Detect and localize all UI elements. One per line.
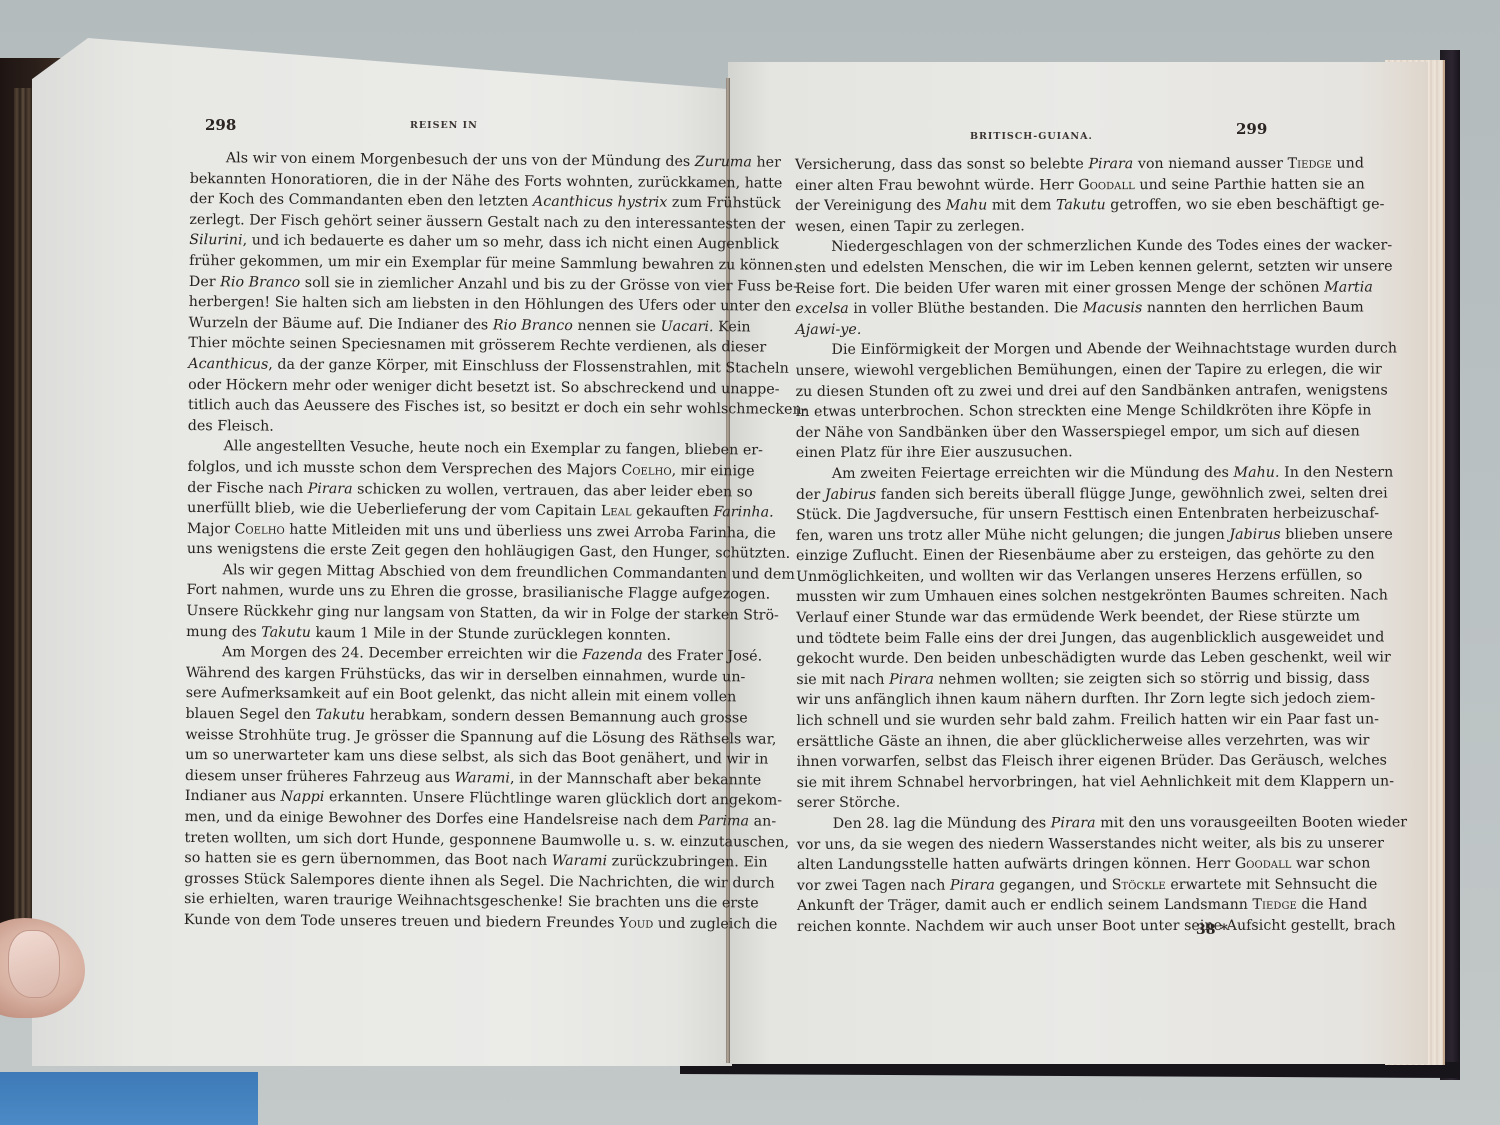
thumbnail [8,930,60,998]
left-page-number: 298 [205,116,236,134]
italic-term: Mahu [946,198,988,214]
text-run: her [752,154,781,170]
text-line: excelsa in voller Blüthe bestanden. Die … [795,298,1292,320]
text-line: zu diesen Stunden oft zu zwei und drei a… [796,380,1293,402]
text-run: in etwas unterbrochen. Schon streckten e… [796,403,1372,421]
proper-name: Leal [601,503,632,519]
text-run: Als wir von einem Morgenbesuch der uns v… [226,150,695,170]
text-line: Reise fort. Die beiden Ufer waren mit ei… [795,277,1292,299]
text-run: nehmen wollten; sie zeigten sich so stör… [934,670,1370,687]
italic-term: Rio Branco [493,317,573,334]
italic-term: Uacari. [661,318,714,334]
text-run: Kein [714,319,751,335]
text-run: men, und da einige Bewohner des Dorfes e… [185,809,699,829]
proper-name: Tiedge [1253,897,1297,913]
text-run: der Koch des Commandanten eben den letzt… [190,191,533,210]
text-run: lich schnell und sie wurden sehr bald za… [796,712,1379,730]
text-run: Thier möchte seinen Speciesnamen mit grö… [188,335,766,356]
text-run: mit den uns vorausgeeilten Booten wieder [1096,814,1407,831]
text-run: einen Platz für ihre Eier auszusuchen. [796,445,1073,462]
text-run: die Hand [1297,897,1368,913]
text-line: gekocht wurde. Den beiden unbeschädigten… [796,648,1293,670]
left-running-head: REISEN IN [410,120,478,131]
text-run: soll sie in ziemlicher Anzahl und bis zu… [300,274,798,294]
text-run: Wurzeln der Bäume auf. Die Indianer des [189,315,493,333]
blue-folder-tab [0,1072,258,1125]
text-run: fanden sich bereits überall flügge Junge… [876,485,1388,502]
text-run: getroffen, wo sie eben beschäftigt ge- [1106,197,1385,214]
italic-term: Pirara [950,877,995,893]
text-run: oder Höckern mehr oder weniger dicht bes… [188,377,780,398]
text-run: uns wenigstens die erste Zeit gegen den … [187,541,791,562]
italic-term: Takutu [261,624,311,640]
text-run: Stück. Die Jagdversuche, für unsern Fest… [796,506,1379,524]
text-run: Am zweiten Feiertage erreichten wir die … [832,465,1234,482]
text-line: Kunde von dem Tode unseres treuen und bi… [184,910,669,934]
italic-term: Pirara [1051,815,1096,831]
text-run: unsere, wiewohl vergeblichen Bemühungen,… [796,361,1382,379]
text-run: Major [187,521,235,537]
text-line: ihnen vorwarfen, selbst das Fleisch ihre… [797,751,1294,773]
text-run: , mir einige [672,463,755,480]
text-run: gekocht wurde. Den beiden unbeschädigten… [796,650,1391,668]
text-line: der Jabirus fanden sich bereits überall … [796,483,1293,505]
text-run: erwartete mit Sehnsucht die [1166,876,1378,893]
text-line: einzige Zuflucht. Einen der Riesenbäume … [796,545,1293,567]
italic-term: Fazenda [582,647,642,663]
text-run: von niemand ausser [1133,156,1287,172]
italic-term: Martia [1324,279,1373,295]
text-run: gegangen, und [995,877,1112,893]
text-run: sie erhielten, waren traurige Weihnachts… [184,891,759,912]
italic-term: Warami [552,853,607,869]
italic-term: Zuruma [695,154,752,170]
text-run: , da der ganze Körper, mit Einschluss de… [268,357,789,377]
text-run: zerlegt. Der Fisch gehört seiner äussern… [189,212,785,233]
text-run: ersättliche Gäste an ihnen, die aber glü… [797,732,1370,749]
italic-term: Macusis [1083,300,1143,316]
text-run: gekauften [632,504,714,521]
text-run: kaum 1 Mile in der Stunde zurücklegen ko… [311,625,671,644]
text-run: Unsere Rückkehr ging nur langsam von Sta… [186,603,779,624]
italic-term: Acanthicus [188,356,268,373]
text-run: und tödtete beim Falle eins der drei Jun… [796,629,1384,647]
proper-name: Stöckle [1112,877,1166,893]
text-line: vor zwei Tagen nach Pirara gegangen, und… [797,874,1294,896]
text-run: sie mit ihrem Schnabel hervorbringen, ha… [797,773,1394,791]
italic-term: Jabirus [1229,526,1280,542]
text-run: erkannten. Unsere Flüchtlinge waren glüc… [324,789,782,809]
text-line: einen Platz für ihre Eier auszusuchen. [796,442,1293,464]
text-run: mit dem [987,198,1056,214]
text-line: Stück. Die Jagdversuche, für unsern Fest… [796,504,1293,526]
text-line: mussten wir zum Umhauen eines solchen ne… [796,586,1293,608]
text-line: der Nähe von Sandbänken über den Wassers… [796,421,1293,443]
text-line: ersättliche Gäste an ihnen, die aber glü… [797,730,1294,752]
text-line: serer Störche. [797,792,1294,814]
text-run: In den Nestern [1280,464,1394,480]
text-run: , in der Mannschaft aber bekannte [510,770,761,788]
text-run: des Frater José. [643,648,763,665]
italic-term: Jabirus [825,486,876,502]
proper-name: Tiedge [1288,156,1332,172]
italic-term: Parima [698,813,749,829]
text-run: nennen sie [573,318,661,335]
text-run: diesem unser früheres Fahrzeug aus [185,768,455,786]
right-running-head: BRITISCH-GUIANA. [970,131,1093,142]
text-run: nannten den herrlichen Baum [1142,300,1363,317]
text-run: vor uns, da sie wegen des niedern Wasser… [797,835,1384,853]
text-line: einer alten Frau bewohnt würde. Herr Goo… [795,174,1292,196]
text-run: Fort nahmen, wurde uns zu Ehren die gros… [186,582,770,603]
text-run: Versicherung, dass das sonst so belebte [795,156,1088,173]
italic-term: Pirara [889,671,934,687]
text-line: Versicherung, dass das sonst so belebte … [795,154,1292,176]
italic-term: Silurini [189,232,242,248]
text-run: Verlauf einer Stunde war das ermüdende W… [796,609,1360,626]
text-run: des Fleisch. [188,418,274,435]
text-run: unerfüllt blieb, wie die Ueberlieferung … [187,500,601,519]
text-line: Verlauf einer Stunde war das ermüdende W… [796,607,1293,629]
text-run: war schon [1291,856,1370,872]
text-line: Den 28. lag die Mündung des Pirara mit d… [797,813,1294,835]
text-run: einer alten Frau bewohnt würde. Herr [795,177,1078,194]
text-run: reichen konnte. Nachdem wir auch unser B… [797,917,1396,935]
text-run: blauen Segel den [185,706,315,723]
text-run: Während des kargen Frühstücks, das wir i… [186,665,746,685]
italic-term: Mahu. [1233,465,1279,481]
italic-term: Farinha. [713,504,773,520]
text-run: einzige Zuflucht. Einen der Riesenbäume … [796,547,1375,565]
text-run: Der [189,274,220,290]
text-run: grosses Stück Salempores diente ihnen al… [184,871,775,892]
text-run: so hatten sie es gern übernommen, das Bo… [184,850,551,869]
text-run: der [796,486,825,502]
proper-name: Coelho [234,521,284,537]
proper-name: Goodall [1078,177,1135,193]
text-run: früher gekommen, um mir ein Exemplar für… [189,253,798,274]
text-run: Indianer aus [185,788,281,805]
text-run: Alle angestellten Vesuche, heute noch ei… [224,439,763,459]
text-line: und tödtete beim Falle eins der drei Jun… [796,627,1293,649]
text-run: , und ich bedauerte es daher um so mehr,… [243,233,779,253]
text-line: Ankunft der Träger, damit auch er endlic… [797,895,1294,917]
text-line: sie mit nach Pirara nehmen wollten; sie … [796,669,1293,691]
text-run: blieben unsere [1281,526,1393,542]
text-run: zum Frühstück [667,195,780,212]
text-run: Am Morgen des 24. December erreichten wi… [222,645,583,664]
text-run: Den 28. lag die Mündung des [833,815,1051,832]
text-line: alten Landungsstelle hatten aufwärts dri… [797,854,1294,876]
text-run: der Vereinigung des [795,198,946,214]
text-line: in etwas unterbrochen. Schon streckten e… [796,401,1293,423]
text-run: bekannten Honoratioren, die in der Nähe … [190,171,783,192]
italic-term: Rio Branco [220,274,300,291]
text-run: hatte Mitleiden mit uns und überliess un… [285,521,776,541]
text-run: und zugleich die [653,916,777,933]
text-run: schicken zu wollen, vertrauen, das aber … [353,481,753,500]
text-run: sten und edelsten Menschen, die wir im L… [795,258,1392,276]
italic-term: Pirara [1088,156,1133,172]
proper-name: Coelho [621,462,671,478]
text-run: Als wir gegen Mittag Abschied von dem fr… [223,562,795,582]
text-run: weisse Strohhüte trug. Je grösser die Sp… [185,727,776,748]
text-run: mussten wir zum Umhauen eines solchen ne… [796,588,1388,606]
text-line: fen, waren uns trotz aller Mühe nicht ge… [796,524,1293,546]
text-run: treten wollten, um sich dort Hunde, gesp… [185,830,790,851]
left-page-body: Als wir von einem Morgenbesuch der uns v… [184,148,675,934]
text-run: vor zwei Tagen nach [797,877,950,893]
text-run: der Nähe von Sandbänken über den Wassers… [796,423,1360,440]
text-run: und seine Parthie hatten sie an [1135,176,1365,193]
text-run: wesen, einen Tapir zu zerlegen. [795,218,1025,235]
text-run: alten Landungsstelle hatten aufwärts dri… [797,856,1235,873]
text-run: herabkam, sondern dessen Bemannung auch … [365,707,748,726]
right-page-body: Versicherung, dass das sonst so belebte … [795,154,1294,938]
italic-term: Pirara [308,480,353,496]
text-run: an- [749,813,776,829]
text-run: Niedergeschlagen von der schmerzlichen K… [831,238,1392,255]
italic-term: excelsa [795,301,848,317]
text-run: zu diesen Stunden oft zu zwei und drei a… [796,382,1388,400]
text-line: lich schnell und sie wurden sehr bald za… [796,710,1293,732]
text-run: wir uns anfänglich ihnen kaum nähern dur… [796,691,1375,709]
text-run: fen, waren uns trotz aller Mühe nicht ge… [796,527,1229,544]
text-run: in voller Blüthe bestanden. Die [849,300,1083,317]
proper-name: Goodall [1235,856,1292,872]
text-line: unsere, wiewohl vergeblichen Bemühungen,… [796,360,1293,382]
text-run: der Fische nach [187,479,308,496]
signature-mark: 38 * [1196,922,1228,938]
text-run: Die Einförmigkeit der Morgen und Abende … [831,341,1397,358]
italic-term: Nappi [281,789,325,805]
proper-name: Youd [619,915,653,931]
text-run: sie mit nach [796,672,889,688]
italic-term: Ajawi-ye. [795,322,861,338]
text-run: titlich auch das Aeussere des Fisches is… [188,397,807,418]
text-line: Ajawi-ye. [795,318,1292,340]
text-line: wir uns anfänglich ihnen kaum nähern dur… [796,689,1293,711]
text-run: Kunde von dem Tode unseres treuen und bi… [184,912,619,931]
text-run: und [1332,156,1364,172]
text-line: Am zweiten Feiertage erreichten wir die … [796,463,1293,485]
text-run: Reise fort. Die beiden Ufer waren mit ei… [795,279,1324,296]
text-run: zurückzubringen. Ein [607,853,768,870]
text-line: Niedergeschlagen von der schmerzlichen K… [795,236,1292,258]
text-run: mung des [186,624,261,641]
text-line: der Vereinigung des Mahu mit dem Takutu … [795,195,1292,217]
text-run: Unmöglichkeiten, und wollten wir das Ver… [796,567,1362,584]
text-run: ihnen vorwarfen, selbst das Fleisch ihre… [797,753,1387,771]
italic-term: Takutu [1056,197,1106,213]
italic-term: Warami [455,770,510,786]
text-run: Ankunft der Träger, damit auch er endlic… [797,897,1253,914]
text-run: um so unerwarteter kam uns diese selbst,… [185,747,768,768]
text-line: sten und edelsten Menschen, die wir im L… [795,257,1292,279]
text-run: sere Aufmerksamkeit auf ein Boot gelenkt… [186,685,737,705]
text-line: vor uns, da sie wegen des niedern Wasser… [797,833,1294,855]
text-line: Unmöglichkeiten, und wollten wir das Ver… [796,566,1293,588]
text-run: herbergen! Sie halten sich am liebsten i… [189,294,791,315]
text-line: wesen, einen Tapir zu zerlegen. [795,215,1292,237]
italic-term: Takutu [315,707,365,723]
text-run: serer Störche. [797,795,901,811]
right-page-number: 299 [1236,120,1267,138]
text-run: folglos, und ich musste schon dem Verspr… [187,459,621,478]
italic-term: Acanthicus hystrix [533,194,668,211]
text-line: sie mit ihrem Schnabel hervorbringen, ha… [797,772,1294,794]
text-line: Die Einförmigkeit der Morgen und Abende … [795,339,1292,361]
